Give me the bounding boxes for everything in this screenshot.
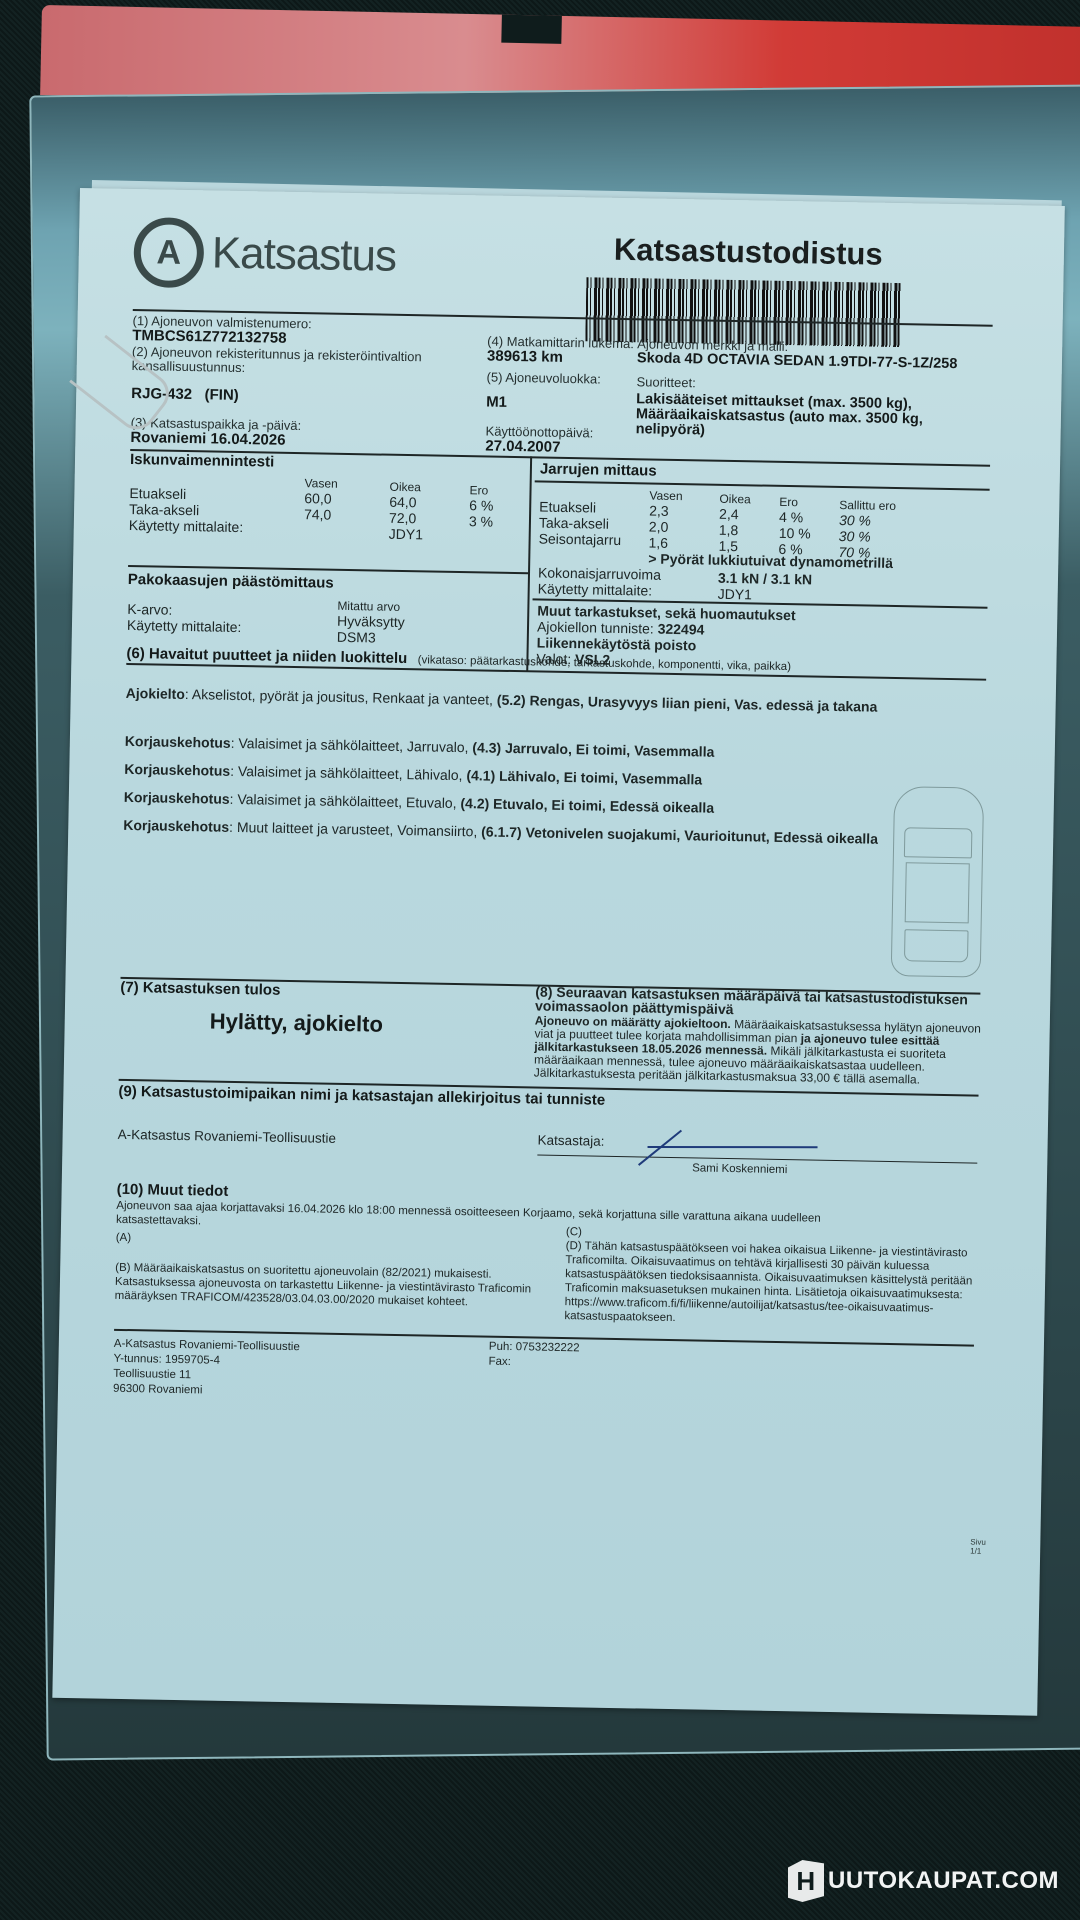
defect-detail: (5.2) Rengas, Urasyvyys liian pieni, Vas… [497, 692, 878, 715]
brake-cell: 30 % [839, 512, 871, 529]
defect-category: : Valaisimet ja sähkölaitteet, Etuvalo, [229, 791, 460, 811]
defect-item: Korjauskehotus: Muut laitteet ja varuste… [123, 817, 883, 847]
inspector-name: Sami Koskenniemi [692, 1161, 787, 1177]
result-title: (7) Katsastuksen tulos [120, 979, 280, 999]
document-title: Katsastustodistus [614, 232, 883, 273]
col-vasen: Vasen [305, 476, 338, 491]
place-date-value: Rovaniemi 16.04.2026 [130, 429, 285, 449]
defect-item: Korjauskehotus: Valaisimet ja sähkölaitt… [124, 789, 884, 819]
brake-cell: 2,0 [649, 518, 669, 534]
column-divider [526, 456, 531, 671]
brake-cell: 2,4 [719, 506, 739, 522]
brake-cell: 30 % [839, 528, 871, 545]
brake-note: > Pyörät lukkiutuivat dynamometrillä [648, 550, 893, 570]
other-info-title: (10) Muut tiedot [117, 1181, 229, 1200]
huutokaupat-logo-icon: H [788, 1860, 824, 1902]
brake-device-label: Käytetty mittalaite: [538, 580, 653, 598]
defect-item: Ajokielto: Akselistot, pyörät ja jousitu… [126, 685, 886, 715]
defect-item: Korjauskehotus: Valaisimet ja sähkölaitt… [124, 761, 884, 791]
brake-cell: 1,6 [648, 534, 668, 550]
defect-level: Ajokielto [126, 685, 185, 702]
shock-cell: 3 % [469, 513, 493, 529]
katsastus-logo: A Katsastus [133, 217, 396, 292]
odometer-value: 389613 km [487, 347, 563, 365]
shock-device-value: JDY1 [389, 526, 424, 543]
reg-label: (2) Ajoneuvon rekisteritunnus ja rekiste… [132, 345, 472, 379]
result-value: Hylätty, ajokielto [210, 1009, 384, 1038]
emissions-title: Pakokaasujen päästömittaus [128, 571, 334, 592]
inspection-certificate: A Katsastus Katsastustodistus (1) Ajoneu… [52, 188, 1065, 1716]
make-model-value: Skoda 4D OCTAVIA SEDAN 1.9TDI-77-S-1Z/25… [637, 350, 958, 372]
services-label: Suoritteet: [636, 374, 696, 390]
other-info-c: (C) [566, 1225, 582, 1239]
defect-detail: (4.1) Lähivalo, Ei toimi, Vasemmalla [466, 767, 702, 787]
footer-city: 96300 Rovaniemi [113, 1382, 299, 1400]
k-value: Hyväksytty [337, 613, 405, 630]
huutokaupat-watermark: H UUTOKAUPAT.COM [788, 1860, 1059, 1902]
brake-cell: 10 % [779, 525, 811, 542]
station-name: A-Katsastus Rovaniemi-Teollisuustie [118, 1127, 337, 1147]
defect-level: Korjauskehotus [123, 817, 229, 835]
brake-cell: 4 % [779, 509, 803, 525]
col-ero: Ero [779, 495, 798, 509]
emissions-device-label: Käytetty mittalaite: [127, 617, 242, 635]
shock-row-label: Etuakseli [129, 485, 186, 502]
col-sallittu: Sallittu ero [839, 498, 896, 513]
defect-category: : Valaisimet ja sähkölaitteet, Lähivalo, [230, 763, 467, 783]
car-diagram-icon [891, 786, 984, 978]
brake-test-title: Jarrujen mittaus [540, 460, 657, 479]
divider [535, 480, 990, 490]
defect-item: Korjauskehotus: Valaisimet ja sähkölaitt… [125, 733, 885, 763]
col-oikea: Oikea [389, 480, 421, 495]
defect-detail: (4.2) Etuvalo, Ei toimi, Edessä oikealla [460, 795, 714, 816]
logo-text: Katsastus [211, 228, 396, 281]
col-ero: Ero [469, 483, 488, 497]
defect-detail: (4.3) Jarruvalo, Ei toimi, Vasemmalla [472, 739, 714, 759]
emissions-measured-label: Mitattu arvo [337, 599, 400, 614]
shock-cell: 60,0 [304, 490, 332, 506]
other-info-text: Ajoneuvon saa ajaa korjattavaksi 16.04.2… [116, 1199, 856, 1241]
defect-detail: (6.1.7) Vetonivelen suojakumi, Vaurioitu… [481, 823, 878, 846]
shock-device-label: Käytetty mittalaite: [129, 517, 244, 535]
signature-icon [648, 1146, 818, 1148]
defect-category: : Valaisimet ja sähkölaitteet, Jarruvalo… [231, 735, 473, 755]
watermark-text: UUTOKAUPAT.COM [828, 1867, 1059, 1895]
other-info-b: (B) Määräaikaiskatsastus on suoritettu a… [115, 1261, 546, 1311]
k-value-label: K-arvo: [127, 601, 172, 618]
page-number: Sivu 1/1 [970, 1538, 990, 1556]
brake-row-label: Taka-akseli [539, 514, 609, 531]
other-info-d: (D) Tähän katsastuspäätökseen voi hakea … [564, 1239, 985, 1331]
col-vasen: Vasen [649, 488, 682, 503]
brake-total-value: 3.1 kN / 3.1 kN [718, 570, 812, 588]
shock-cell: 64,0 [389, 494, 417, 510]
defect-level: Korjauskehotus [124, 761, 230, 779]
tab-notch [501, 15, 562, 44]
services-value: Lakisääteiset mittaukset (max. 3500 kg),… [636, 392, 947, 443]
defect-category: : Muut laitteet ja varusteet, Voimansiir… [229, 819, 481, 840]
defect-level: Korjauskehotus [125, 733, 231, 751]
footer-address: A-Katsastus Rovaniemi-Teollisuustie Y-tu… [113, 1337, 300, 1400]
footer-phone: Puh: 0753232222 [489, 1340, 580, 1357]
footer-contact: Puh: 0753232222 Fax: [488, 1340, 579, 1372]
shock-cell: 72,0 [389, 510, 417, 526]
logo-a-icon: A [133, 217, 204, 288]
shock-cell: 6 % [469, 497, 493, 513]
defect-category: : Akselistot, pyörät ja jousitus, Renkaa… [185, 686, 497, 708]
first-use-value: 27.04.2007 [485, 437, 560, 455]
inspector-label: Katsastaja: [537, 1133, 604, 1150]
shock-cell: 74,0 [304, 506, 332, 522]
class-label: (5) Ajoneuvoluokka: [486, 369, 600, 386]
brake-cell: 1,8 [719, 522, 739, 538]
brake-device-value: JDY1 [718, 586, 753, 603]
col-oikea: Oikea [719, 492, 751, 507]
brake-row-label: Seisontajarru [539, 530, 622, 548]
defect-level: Korjauskehotus [124, 789, 230, 807]
next-inspection-text: Ajoneuvo on määrätty ajokieltoon. Määräa… [534, 1014, 985, 1087]
emissions-device-value: DSM3 [337, 629, 376, 646]
shock-row-label: Taka-akseli [129, 501, 199, 518]
brake-row-label: Etuakseli [539, 498, 596, 515]
document-body: A Katsastus Katsastustodistus (1) Ajoneu… [134, 217, 1014, 233]
footer-fax: Fax: [488, 1355, 579, 1372]
brake-cell: 2,3 [649, 502, 669, 518]
shock-test-title: Iskunvaimennintesti [130, 451, 275, 471]
ban-id-value: 322494 [658, 621, 705, 638]
class-value: M1 [486, 393, 507, 410]
other-info-a: (A) [116, 1231, 132, 1245]
